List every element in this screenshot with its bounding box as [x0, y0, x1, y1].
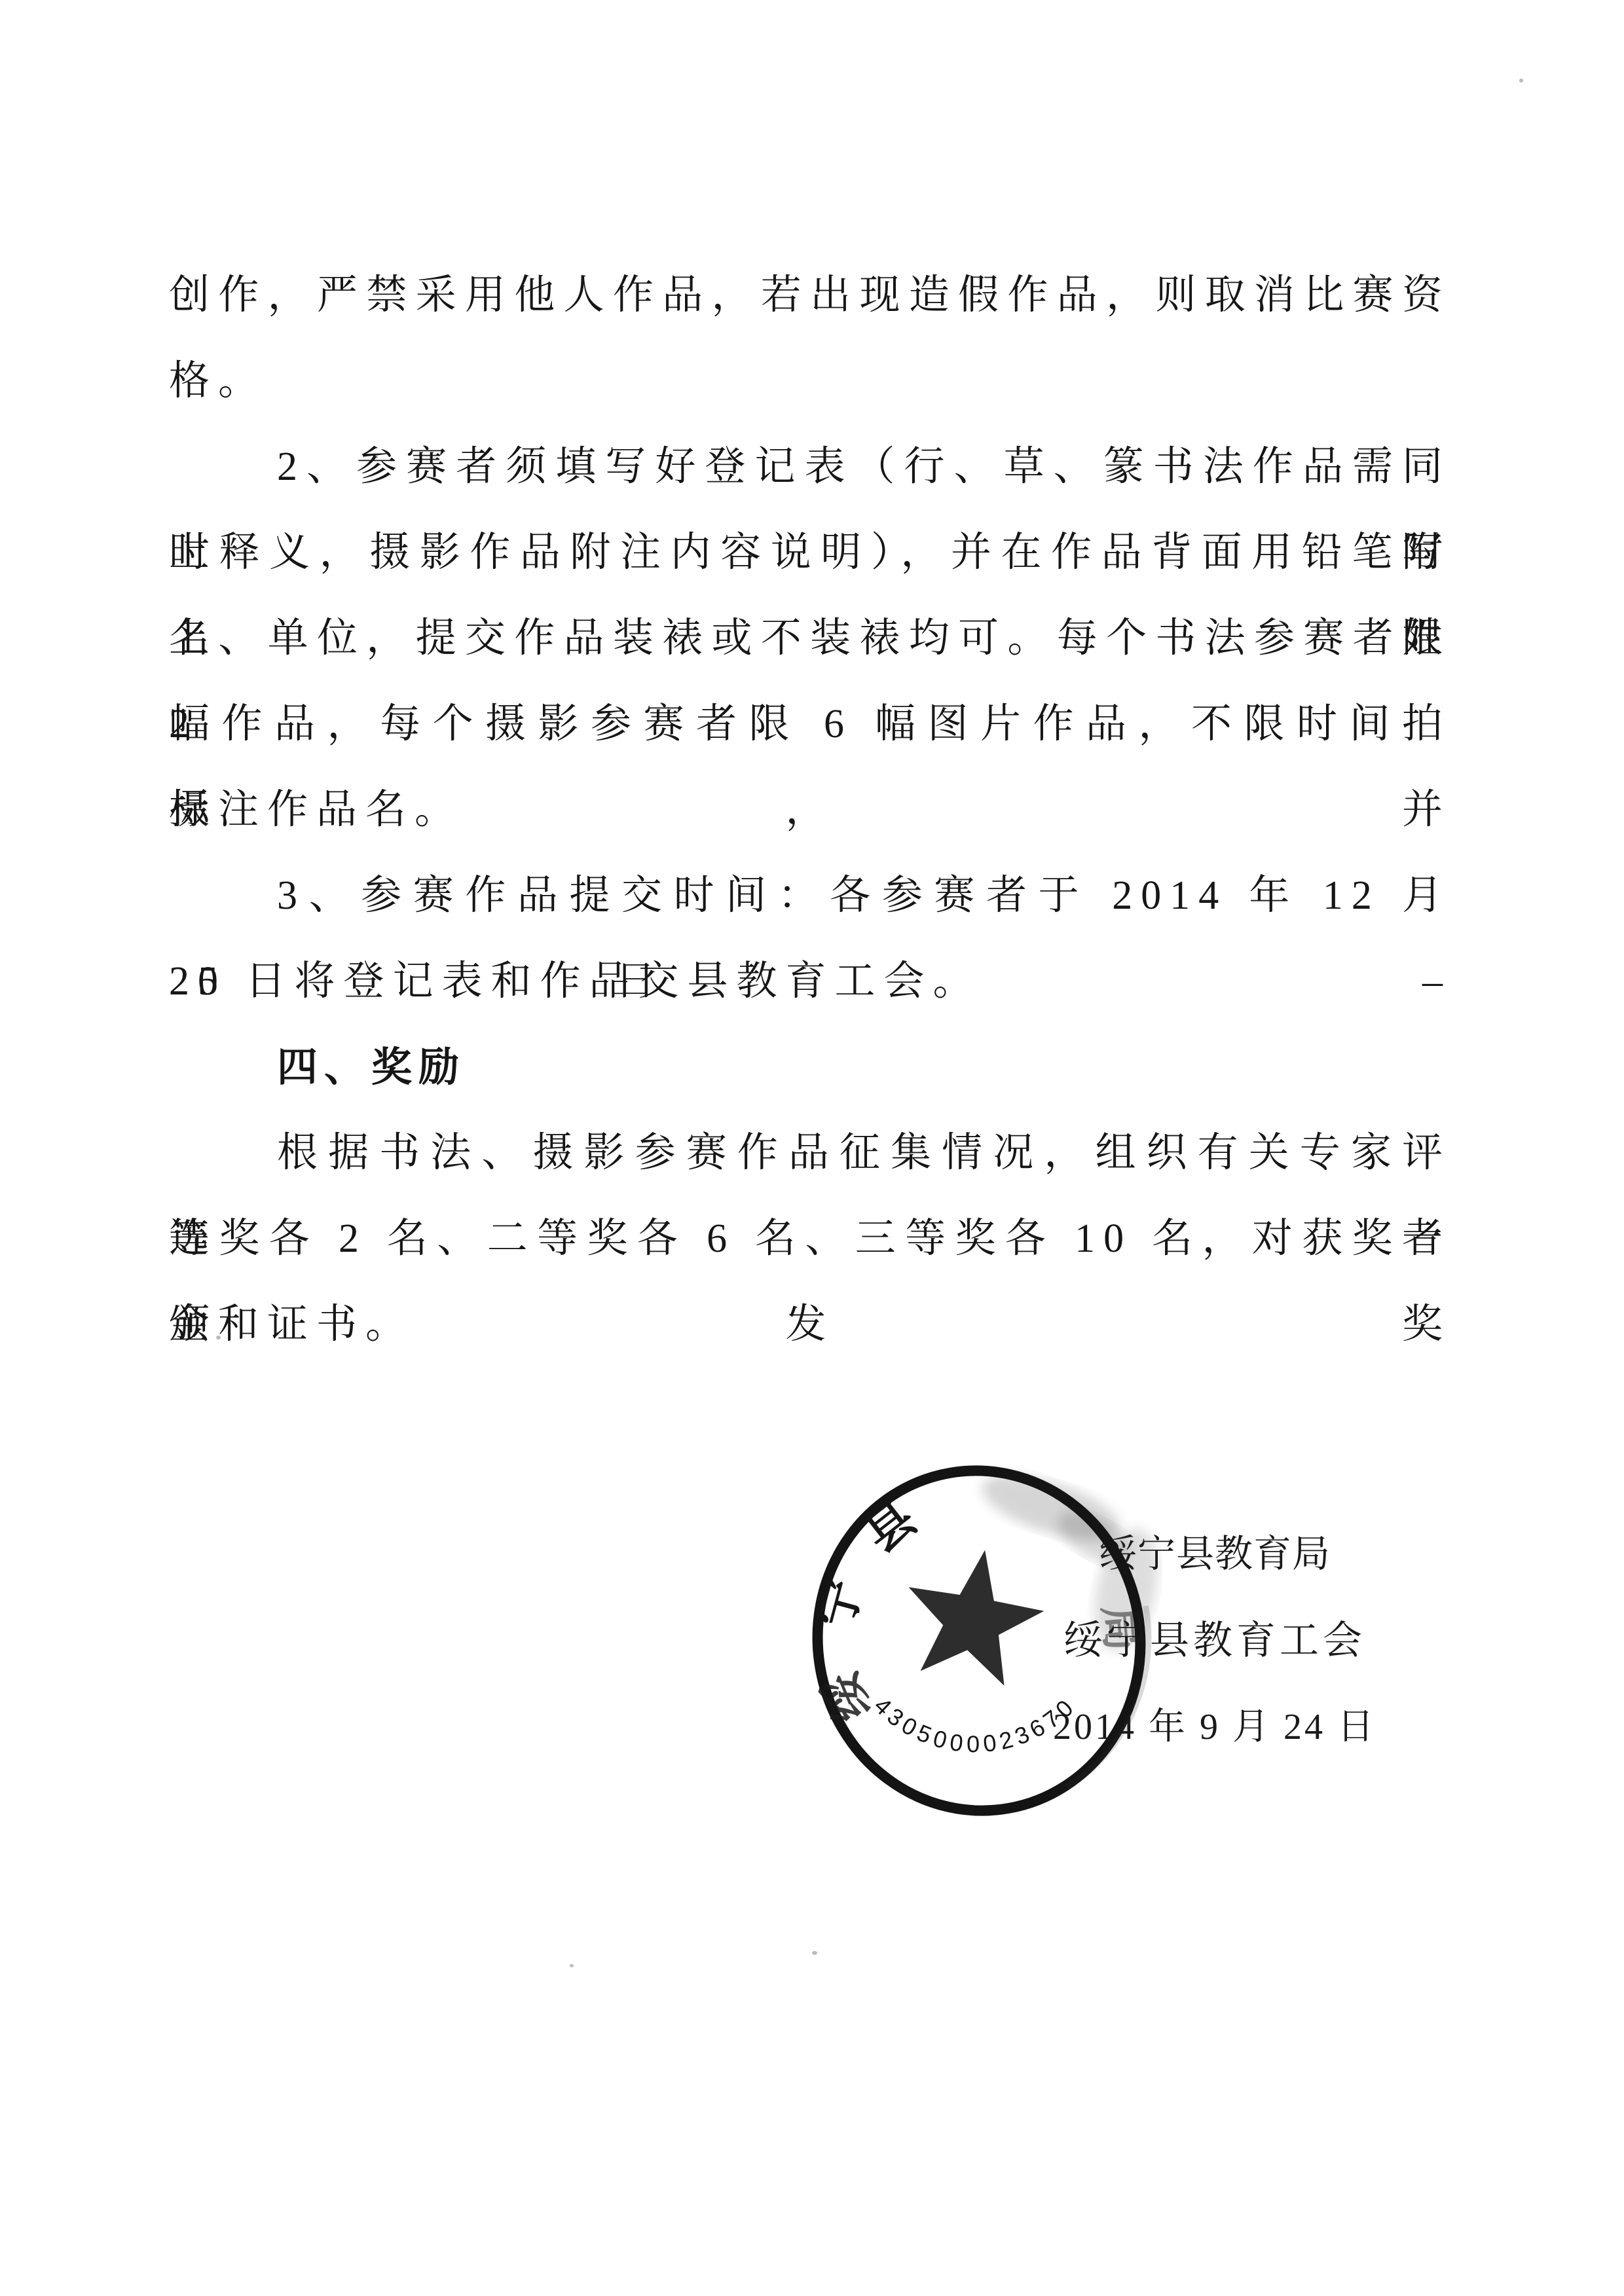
scan-speck — [570, 1964, 574, 1967]
scan-speck — [1519, 79, 1523, 82]
section-heading: 四、奖励 — [169, 1025, 1451, 1110]
seal-serial-number: 4305000023670 — [869, 1691, 1082, 1757]
document-line: 幅作品，每个摄影参赛者限 6 幅图片作品，不限时间拍摄，并 — [169, 682, 1451, 767]
document-line: 等奖各 2 名、二等奖各 6 名、三等奖各 10 名，对获奖者颁发奖 — [169, 1196, 1451, 1282]
seal-ring-char: 局 — [1094, 1603, 1148, 1653]
document-line: 名、单位，提交作品装裱或不装裱均可。每个书法参赛者限 2 — [169, 596, 1451, 682]
scan-speck — [812, 1951, 817, 1955]
seal-ring-char: 县 — [856, 1492, 925, 1562]
document-line: 3、参赛作品提交时间：各参赛者于 2014 年 12 月 20 日 – — [169, 853, 1451, 939]
document-line: 创作，严禁采用他人作品，若出现造假作品，则取消比赛资 — [169, 253, 1451, 338]
document-line: 2、参赛者须填写好登记表（行、草、篆书法作品需同时附 — [169, 424, 1451, 510]
document-line: 根据书法、摄影参赛作品征集情况，组织有关专家评选一 — [169, 1110, 1451, 1196]
document-line: 上释义，摄影作品附注内容说明），并在作品背面用铅笔写上姓 — [169, 510, 1451, 596]
seal-star-icon — [895, 1538, 1052, 1690]
official-seal-stamp: 县 宁 绥 局 4305000023670 — [796, 1459, 1162, 1825]
scanned-document-page: { "document": { "lines": [ { "text": "创作… — [0, 0, 1624, 2296]
scan-speck — [216, 1336, 221, 1339]
seal-serial-text: 4305000023670 — [869, 1691, 1082, 1757]
document-line: 格。 — [169, 338, 1451, 424]
document-body: 创作，严禁采用他人作品，若出现造假作品，则取消比赛资 格。 2、参赛者须填写好登… — [169, 253, 1451, 1368]
